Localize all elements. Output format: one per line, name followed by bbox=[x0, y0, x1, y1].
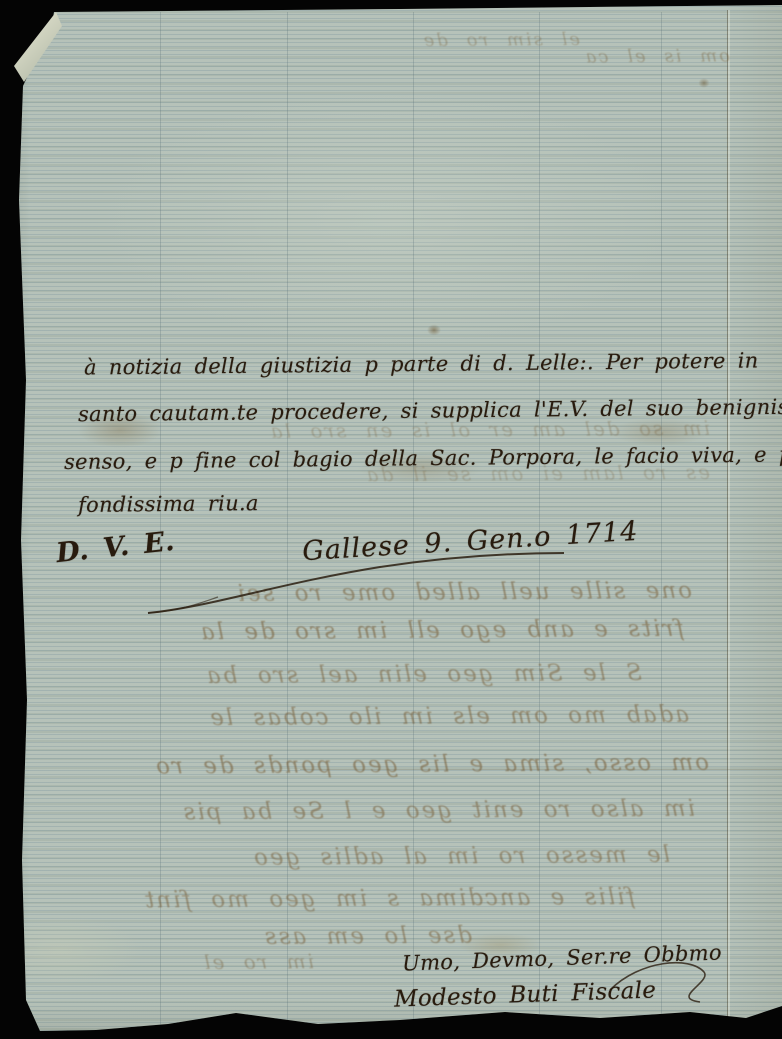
bleedthrough-line: im also ro enit geo e l Se ba pis bbox=[70, 796, 695, 826]
bleedthrough-line: om is el ca bbox=[560, 45, 730, 67]
chain-line bbox=[287, 12, 288, 1025]
body-text-line-4: fondissima riu.a bbox=[78, 491, 259, 517]
bleedthrough-line: im ro el bbox=[84, 949, 314, 975]
photograph-stage: el sim ro de om is el ca im so del am er… bbox=[0, 0, 782, 1039]
bleedthrough-line: S le Sim geo elin ael sro ba bbox=[72, 660, 642, 690]
bleedthrough-line: frits e anb ego ell im sro de la bbox=[84, 616, 684, 646]
bleedthrough-line: le messo ro im al adlis geo bbox=[70, 842, 670, 872]
chain-line bbox=[413, 12, 414, 1025]
bleedthrough-line: el sim ro de bbox=[280, 29, 580, 52]
bleedthrough-line: filis e ancdima s im geo mo fint bbox=[70, 884, 635, 914]
bleedthrough-line: om osso, sima e lis geo ponds de ro bbox=[64, 750, 709, 781]
vertical-fold-crease bbox=[727, 10, 730, 1021]
bleedthrough-line: adab mo om els im ilo cobas le bbox=[64, 702, 689, 732]
chain-line bbox=[160, 12, 161, 1025]
signature-flourish bbox=[140, 545, 570, 620]
chain-line bbox=[539, 12, 540, 1025]
signature-loop-flourish bbox=[600, 950, 720, 1010]
bleedthrough-line: dse lo em ass bbox=[72, 923, 472, 952]
manuscript-paper: el sim ro de om is el ca im so del am er… bbox=[0, 0, 782, 1039]
body-text-line-1: à notizia della giustizia p parte di d. … bbox=[84, 348, 759, 379]
chain-line bbox=[661, 12, 662, 1025]
